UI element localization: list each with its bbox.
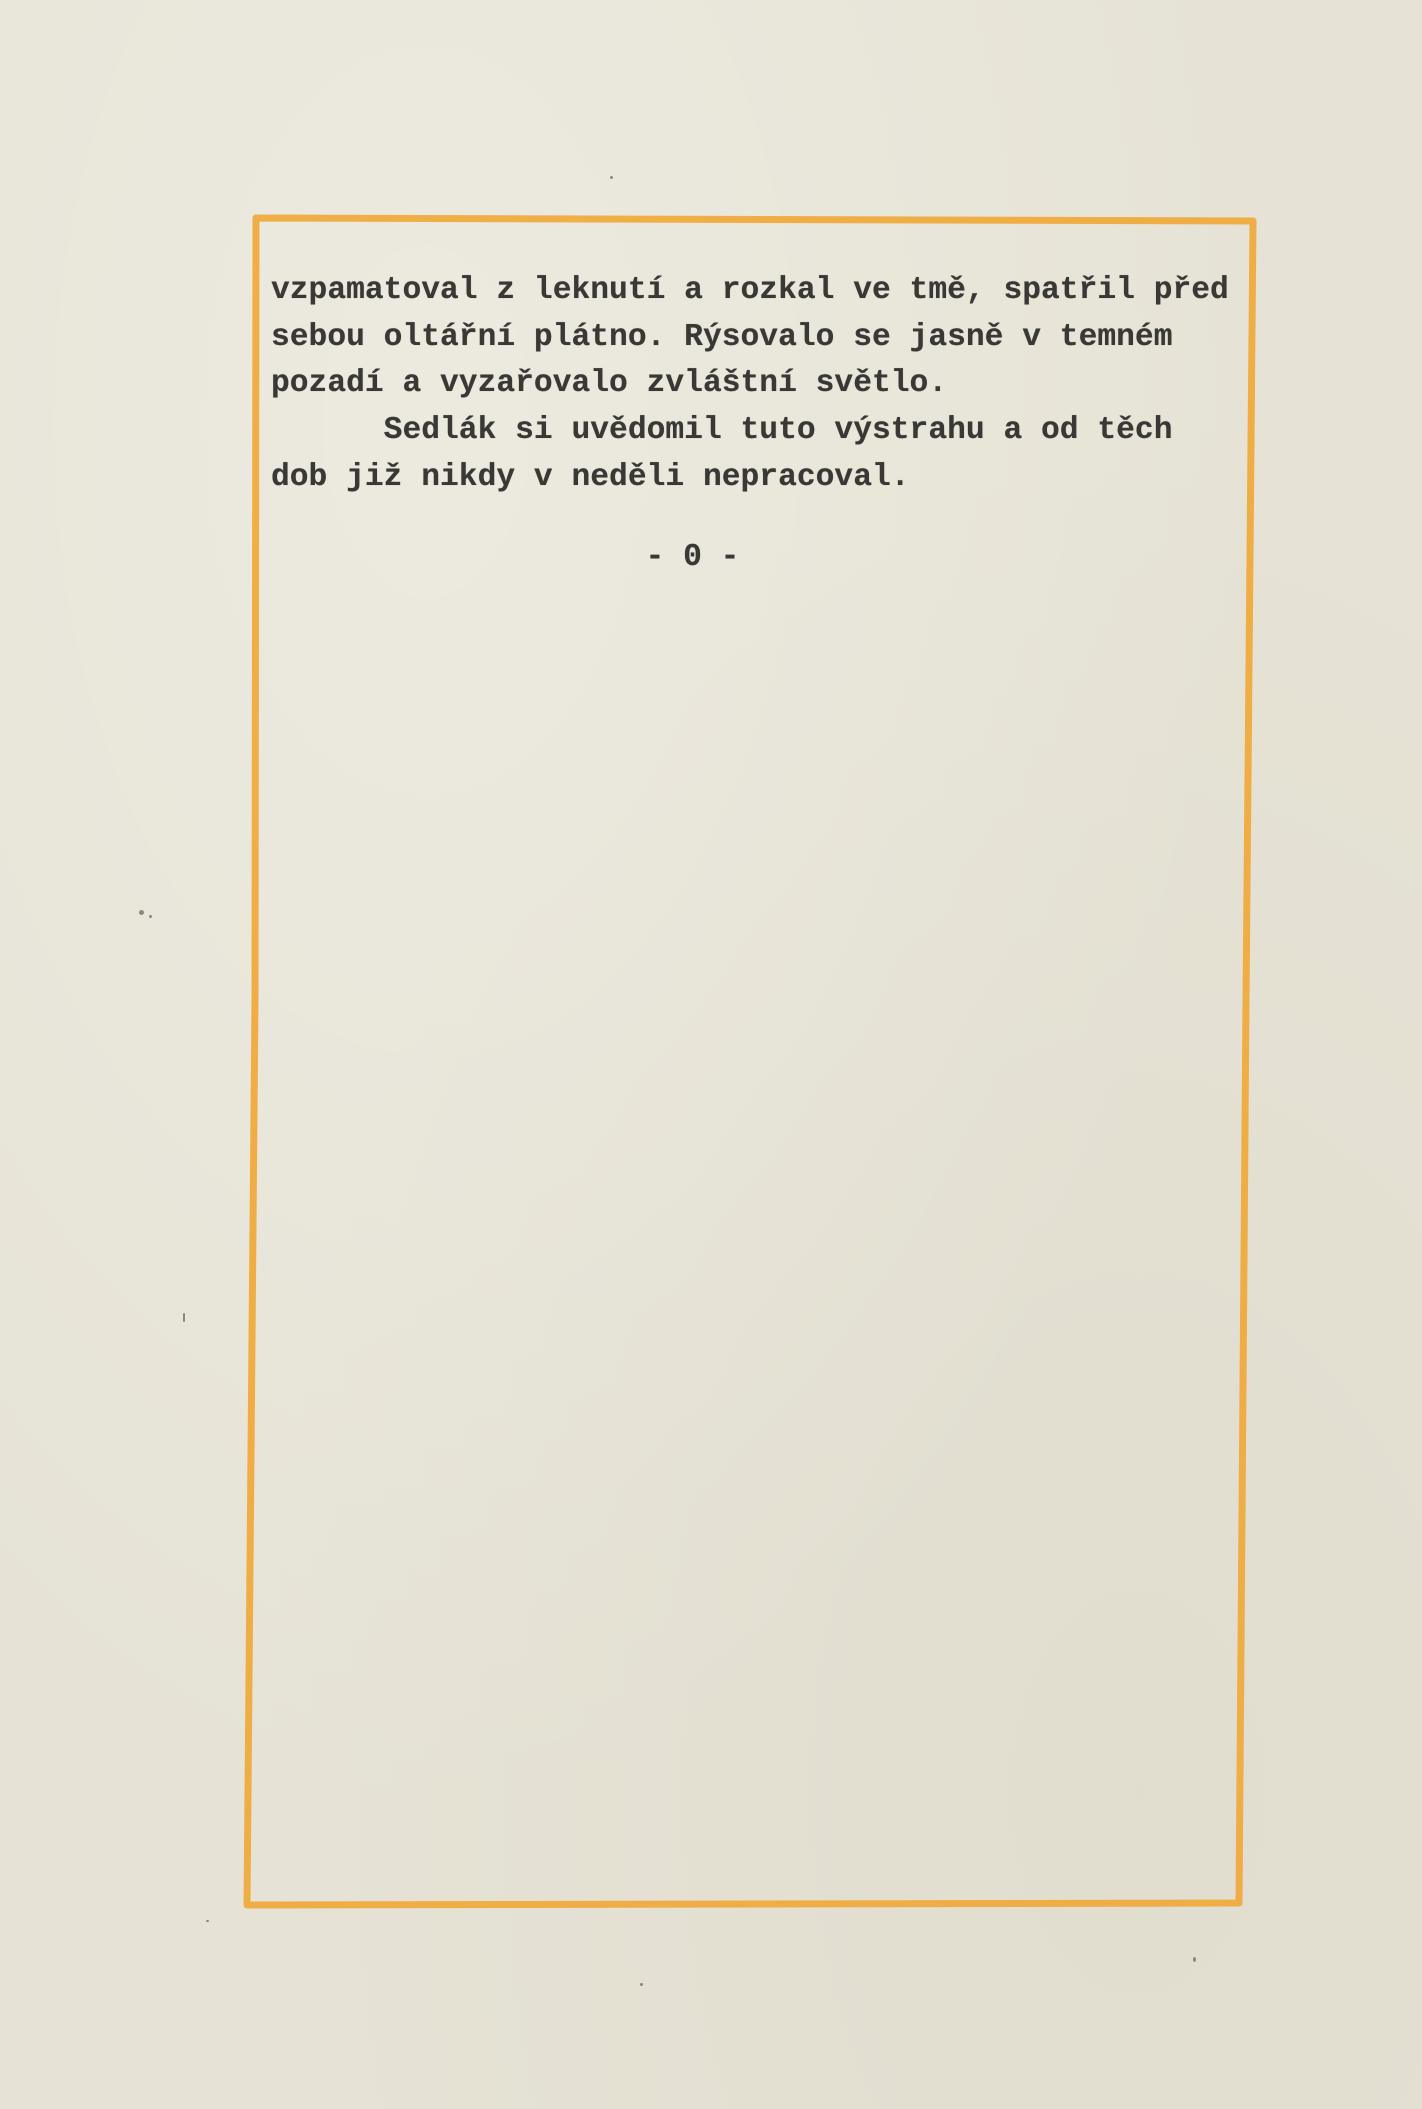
paper-speck: [183, 1313, 185, 1322]
paper-speck: [640, 1983, 643, 1986]
text-line-4-paragraph-start: Sedlák si uvědomil tuto výstrahu a od tě…: [271, 415, 1173, 446]
end-mark: - 0 -: [0, 540, 1385, 575]
text-line-1: vzpamatoval z leknutí a rozkal ve tmě, s…: [271, 275, 1229, 306]
paper-speck: [1193, 1957, 1196, 1962]
text-line-2: sebou oltářní plátno. Rýsovalo se jasně …: [271, 322, 1173, 353]
text-line-3: pozadí a vyzařovalo zvláštní světlo.: [271, 368, 947, 399]
document-page: vzpamatoval z leknutí a rozkal ve tmě, s…: [0, 0, 1422, 2109]
paper-speck: [206, 1920, 209, 1922]
text-line-5: dob již nikdy v neděli nepracoval.: [271, 462, 910, 493]
paper-speck: [139, 910, 144, 915]
paper-speck: [149, 915, 152, 918]
paper-speck: [610, 176, 613, 179]
orange-border-frame: [0, 0, 1422, 2109]
